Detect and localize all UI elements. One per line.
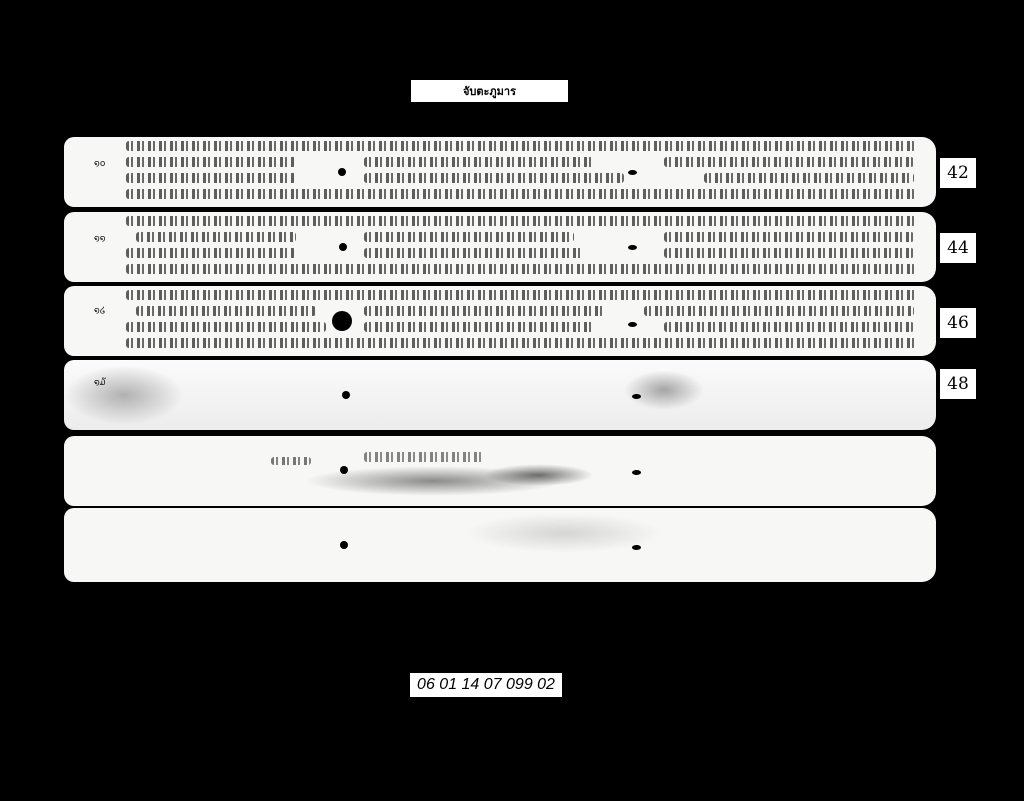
script-line [126,173,296,183]
script-line [364,322,594,332]
stain [484,464,594,486]
script-line [364,232,574,242]
page-number-tag: 46 [940,308,976,338]
binding-hole [339,243,347,251]
binding-hole [332,311,352,331]
script-line [126,322,326,332]
palm-leaf-4: ໑໓ [64,360,936,430]
stain [64,365,184,425]
script-line [704,173,914,183]
script-line [126,264,916,274]
script-line [126,157,296,167]
binding-hole [628,245,637,250]
leaf-margin-mark: ໑໒ [94,306,106,316]
manuscript-title-label: จับตะภูมาร [411,80,568,102]
script-line [664,232,914,242]
stain [624,370,704,410]
script-line [664,248,914,258]
binding-hole [340,541,348,549]
leaf-margin-mark: ໑໐ [94,159,106,169]
script-line [126,141,916,151]
page-number-tag: 48 [940,369,976,399]
binding-hole [632,470,641,475]
script-line [126,189,916,199]
palm-leaf-2: ໑໑ [64,212,936,282]
faint-inscription [271,457,311,465]
script-line [644,306,914,316]
archive-code-label: 06 01 14 07 099 02 [410,673,562,697]
script-line [364,248,584,258]
script-line [136,232,296,242]
faint-inscription [364,452,484,462]
script-line [664,322,914,332]
page-number-tag: 44 [940,233,976,263]
script-line [664,157,914,167]
binding-hole [632,545,641,550]
binding-hole [342,391,350,399]
script-line [126,290,916,300]
palm-leaf-1: ໑໐ [64,137,936,207]
binding-hole [338,168,346,176]
script-line [364,157,594,167]
palm-leaf-5 [64,436,936,506]
palm-leaf-3: ໑໒ [64,286,936,356]
script-line [364,306,604,316]
script-line [136,306,316,316]
binding-hole [632,394,641,399]
binding-hole [628,170,637,175]
palm-leaf-6 [64,508,936,582]
script-line [126,338,916,348]
binding-hole [628,322,637,327]
script-line [126,248,296,258]
binding-hole [340,466,348,474]
page-number-tag: 42 [940,158,976,188]
leaf-margin-mark: ໑໑ [94,234,106,244]
script-line [126,216,916,226]
script-line [364,173,624,183]
